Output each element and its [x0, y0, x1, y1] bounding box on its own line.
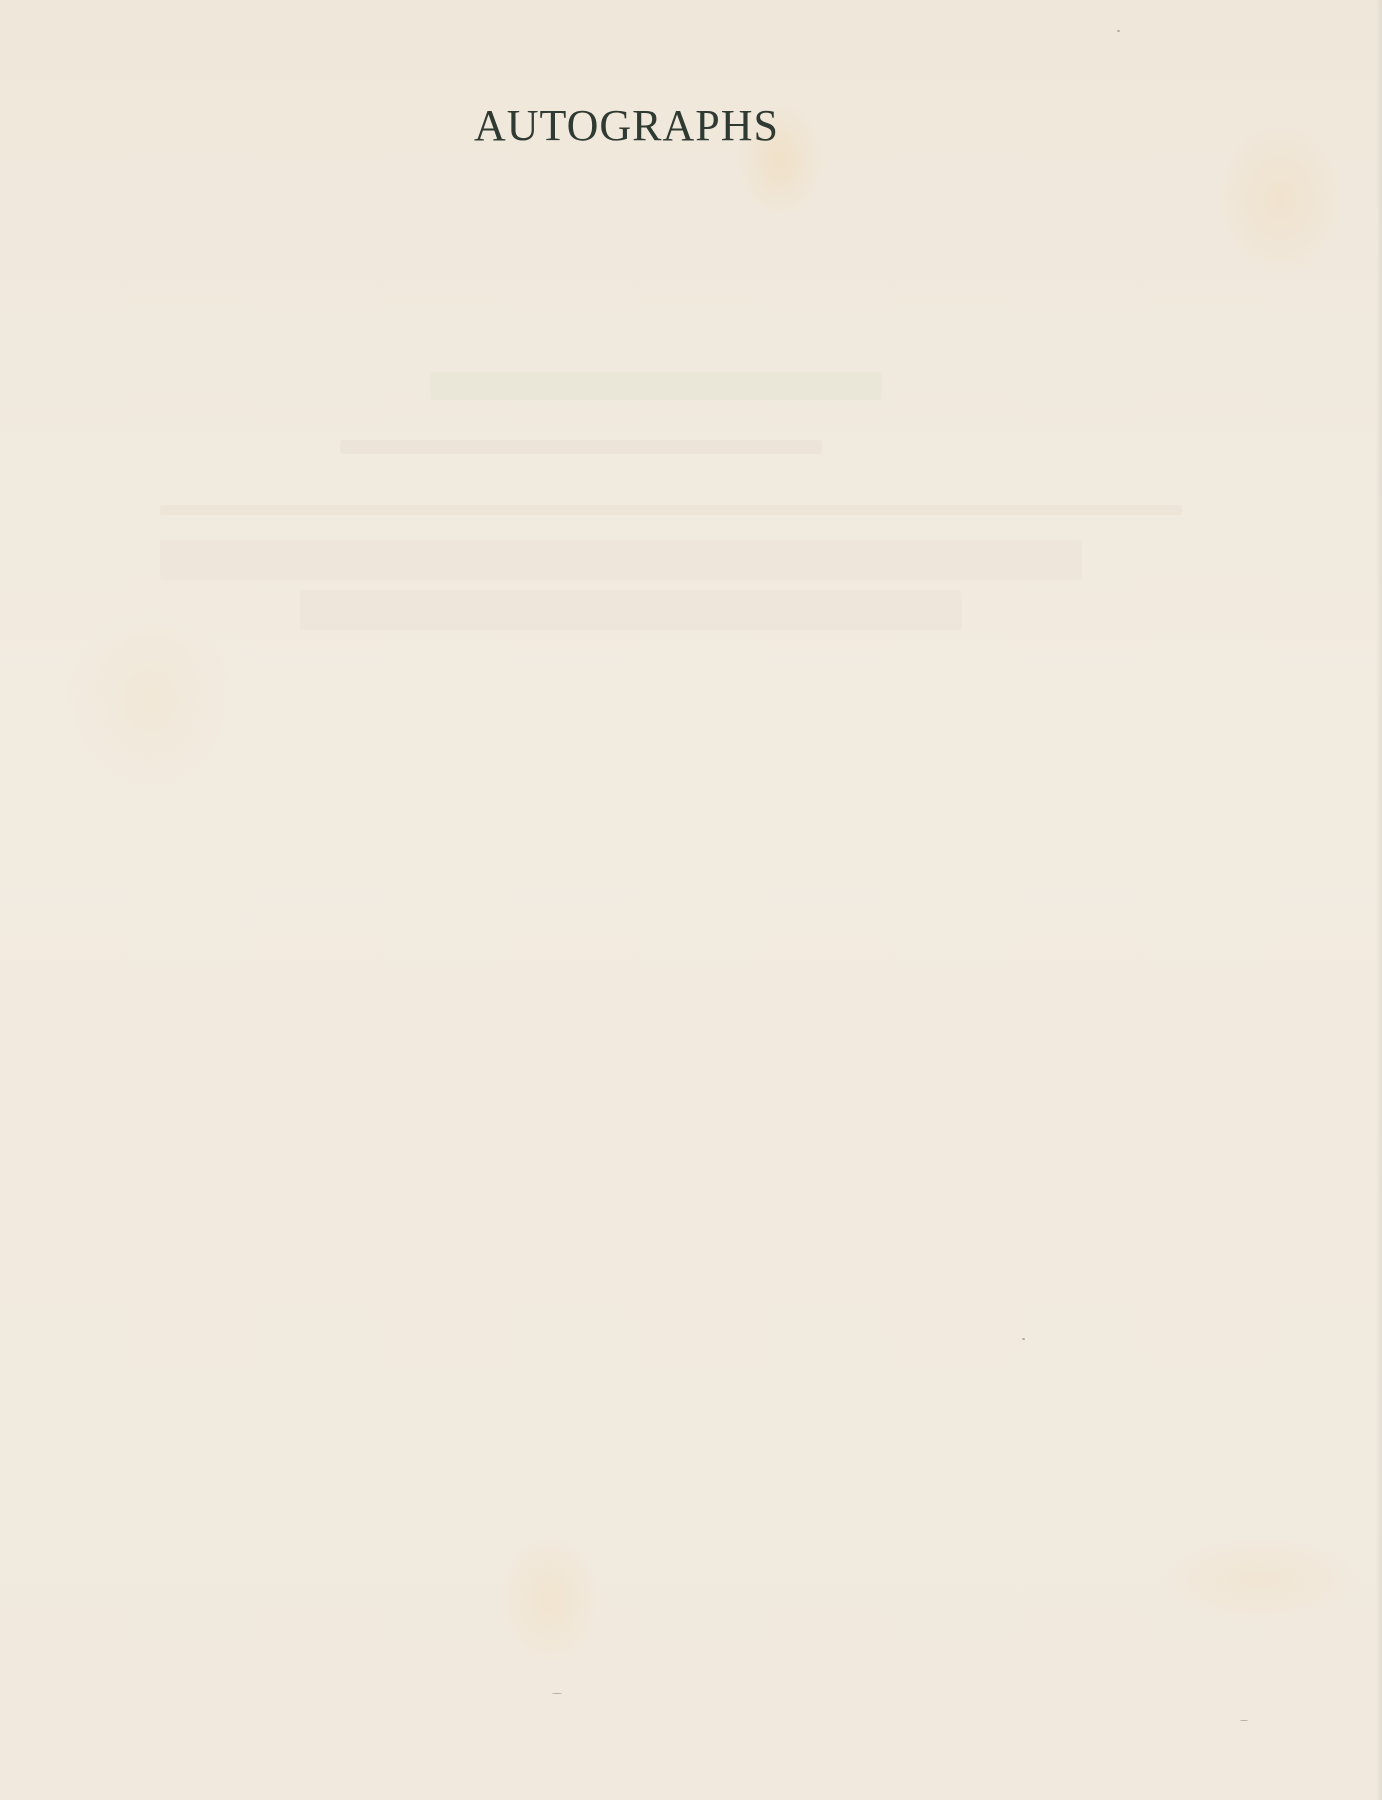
bleed-through-line — [160, 505, 1182, 515]
page-edge — [1376, 0, 1382, 1800]
bleed-through-line — [430, 372, 882, 400]
paper-speck — [1117, 30, 1120, 32]
page-heading: AUTOGRAPHS — [0, 104, 1382, 148]
paper-speck — [552, 1693, 562, 1694]
book-page: AUTOGRAPHS — [0, 0, 1382, 1800]
paper-speck — [1022, 1338, 1025, 1340]
paper-speck — [1240, 1720, 1248, 1721]
bleed-through-line — [160, 540, 1082, 580]
bleed-through-line — [340, 440, 822, 454]
bleed-through-line — [300, 590, 962, 630]
